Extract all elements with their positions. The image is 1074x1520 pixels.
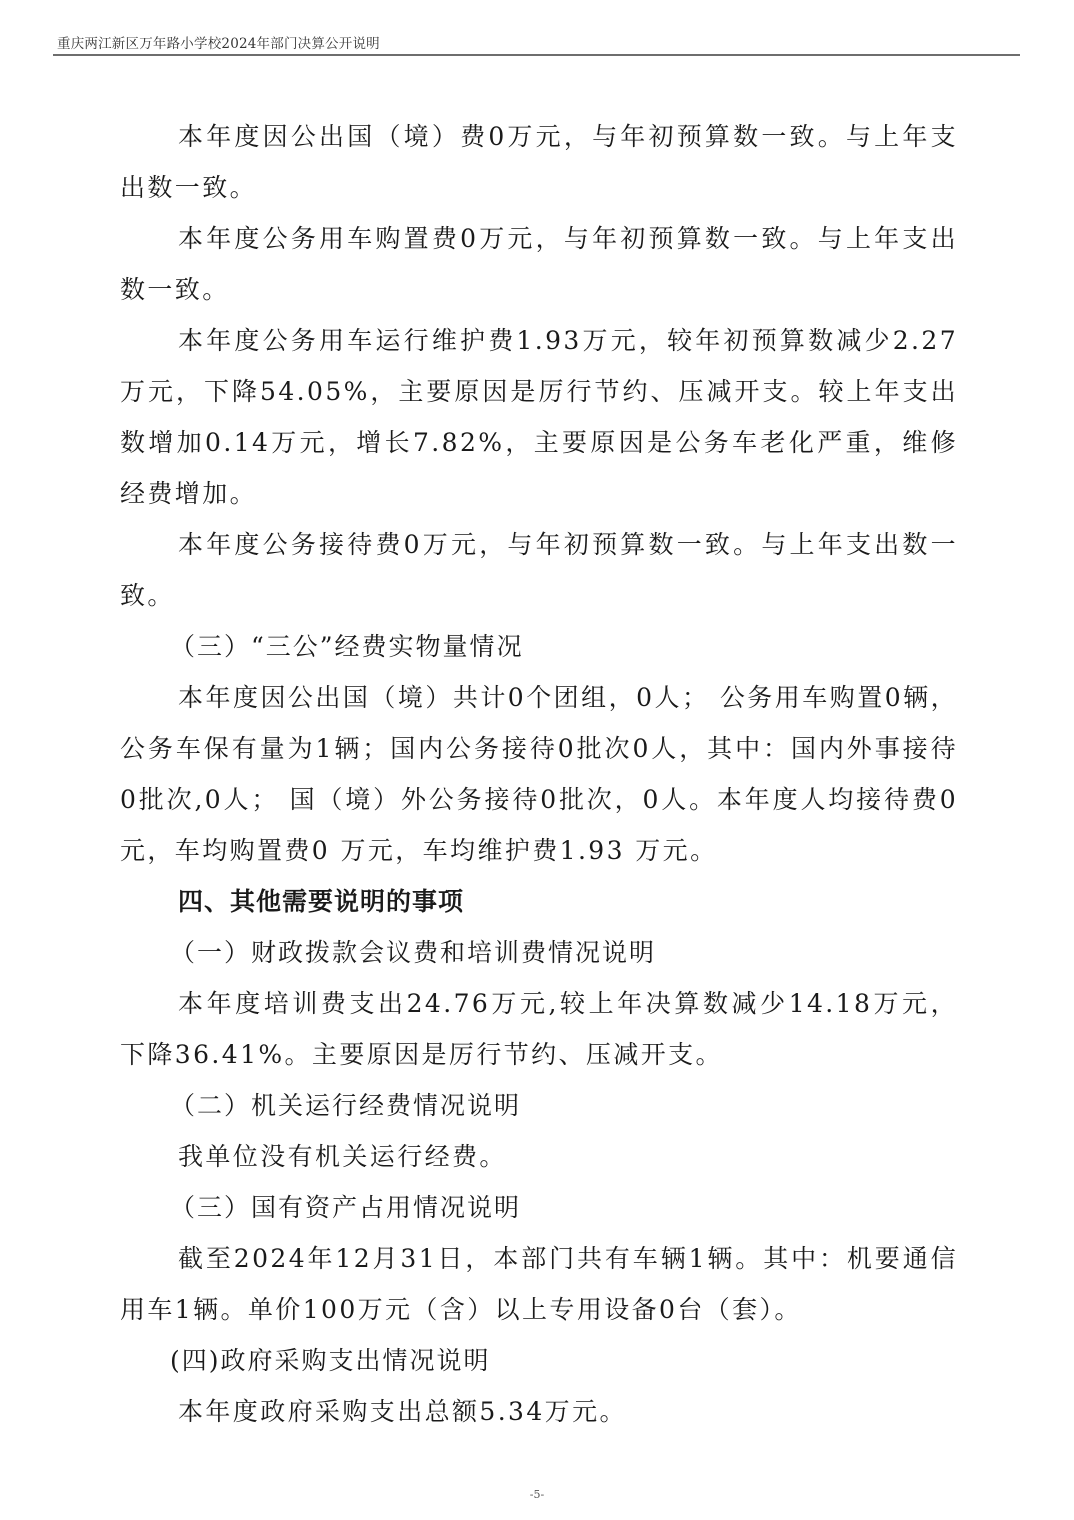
paragraph-reception: 本年度公务接待费0万元，与年初预算数一致。与上年支出数一致。 — [120, 519, 958, 621]
paragraph-procurement: 本年度政府采购支出总额5.34万元。 — [120, 1386, 958, 1437]
paragraph-operating-expenses: 我单位没有机关运行经费。 — [120, 1131, 958, 1182]
paragraph-quantity-details: 本年度因公出国（境）共计0个团组，0人； 公务用车购置0辆，公务车保有量为1辆；… — [120, 672, 958, 876]
paragraph-state-assets: 截至2024年12月31日，本部门共有车辆1辆。其中：机要通信用车1辆。单价10… — [120, 1233, 958, 1335]
section-heading-procurement: (四)政府采购支出情况说明 — [120, 1335, 958, 1386]
page-header: 重庆两江新区万年路小学校2024年部门决算公开说明 — [53, 30, 1020, 56]
section-heading-state-assets: （三）国有资产占用情况说明 — [120, 1182, 958, 1233]
document-title: 重庆两江新区万年路小学校2024年部门决算公开说明 — [57, 32, 380, 52]
section-heading-three-public-quantity: （三）“三公”经费实物量情况 — [120, 621, 958, 672]
paragraph-overseas-travel: 本年度因公出国（境）费0万元，与年初预算数一致。与上年支出数一致。 — [120, 111, 958, 213]
section-heading-other-matters: 四、其他需要说明的事项 — [120, 876, 958, 927]
paragraph-vehicle-purchase: 本年度公务用车购置费0万元，与年初预算数一致。与上年支出数一致。 — [120, 213, 958, 315]
document-body: 本年度因公出国（境）费0万元，与年初预算数一致。与上年支出数一致。 本年度公务用… — [120, 111, 958, 1437]
paragraph-vehicle-maintenance: 本年度公务用车运行维护费1.93万元，较年初预算数减少2.27万元，下降54.0… — [120, 315, 958, 519]
section-heading-meeting-training: （一）财政拨款会议费和培训费情况说明 — [120, 927, 958, 978]
paragraph-training-fee: 本年度培训费支出24.76万元,较上年决算数减少14.18万元，下降36.41%… — [120, 978, 958, 1080]
page-number: -5- — [0, 1488, 1074, 1501]
section-heading-operating-expenses: （二）机关运行经费情况说明 — [120, 1080, 958, 1131]
